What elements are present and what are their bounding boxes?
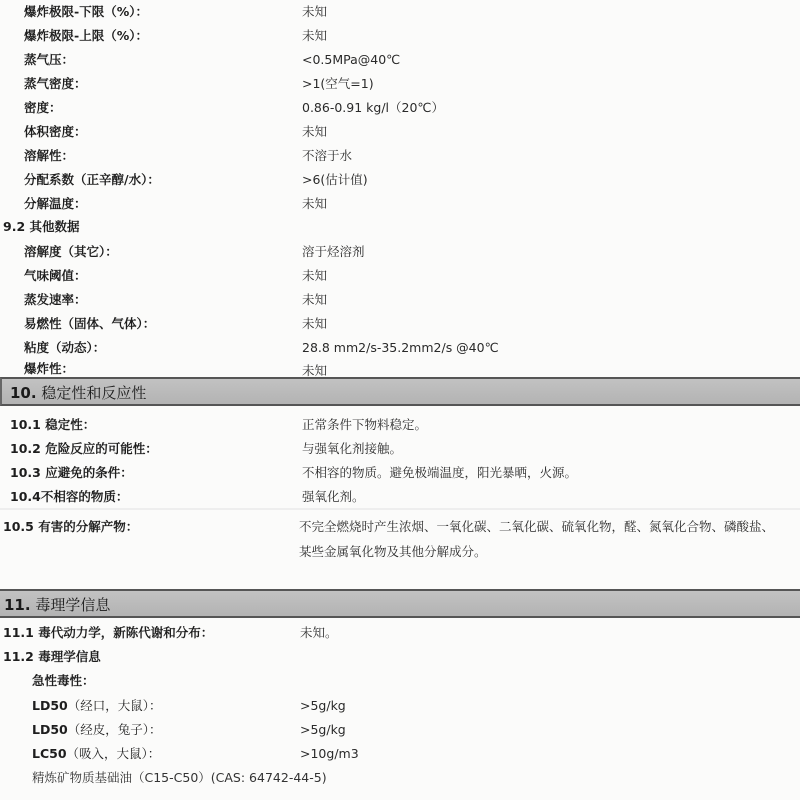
property-value: 28.8 mm2/s-35.2mm2/s @40℃ xyxy=(302,336,499,359)
item-number-label: 10.1 稳定性： xyxy=(10,413,95,436)
toxicity-label: LC50（吸入，大鼠）： xyxy=(32,742,160,765)
property-row: 密度： 0.86-0.91 kg/l（20℃） xyxy=(0,96,800,119)
toxicity-row: LD50（经口，大鼠）： >5g/kg xyxy=(0,694,800,717)
property-value: 未知 xyxy=(302,192,327,215)
section-item: 10.1 稳定性： 正常条件下物料稳定。 xyxy=(0,413,800,436)
section-item: 10.3 应避免的条件： 不相容的物质。避免极端温度，阳光暴晒，火源。 xyxy=(0,461,800,484)
property-value: 溶于烃溶剂 xyxy=(302,240,365,263)
property-label: 体积密度： xyxy=(24,120,87,143)
item-number-label: 10.3 应避免的条件： xyxy=(10,461,133,484)
property-value: 未知 xyxy=(302,288,327,311)
page-seam xyxy=(0,508,800,510)
section-title: 10. 稳定性和反应性 xyxy=(10,382,146,404)
item-value-line1: 不完全燃烧时产生浓烟、一氧化碳、二氧化碳、硫氧化物，醛、氮氧化合物、磷酸盐、 xyxy=(299,515,774,538)
item-number-label: 11.1 毒代动力学，新陈代谢和分布： xyxy=(3,621,213,644)
property-row: 蒸气密度： >1(空气=1) xyxy=(0,72,800,95)
property-value: 未知 xyxy=(302,24,327,47)
property-label: 爆炸极限-上限（%）： xyxy=(24,24,148,47)
property-value: 未知 xyxy=(302,120,327,143)
section-title: 11. 毒理学信息 xyxy=(4,594,110,616)
property-value: 0.86-0.91 kg/l（20℃） xyxy=(302,96,444,119)
item-number-label: 10.2 危险反应的可能性： xyxy=(10,437,158,460)
property-row: 气味阈值： 未知 xyxy=(0,264,800,287)
property-value: 不溶于水 xyxy=(302,144,352,167)
section-item: 11.1 毒代动力学，新陈代谢和分布： 未知。 xyxy=(0,621,800,644)
item-value: 未知。 xyxy=(300,621,338,644)
property-value: 未知 xyxy=(302,312,327,335)
section-item: 10.5 有害的分解产物： 不完全燃烧时产生浓烟、一氧化碳、二氧化碳、硫氧化物，… xyxy=(0,515,800,538)
subsection-heading: 9.2 其他数据 xyxy=(0,215,800,238)
item-value: 不相容的物质。避免极端温度，阳光暴晒，火源。 xyxy=(302,461,577,484)
property-label: 溶解性： xyxy=(24,144,74,167)
property-value: 未知 xyxy=(302,264,327,287)
section-item-continuation: 某些金属氧化物及其他分解成分。 xyxy=(0,540,800,563)
section-header-11: 11. 毒理学信息 xyxy=(0,589,800,618)
toxicity-row: LD50（经皮，兔子）： >5g/kg xyxy=(0,718,800,741)
property-value: 未知 xyxy=(302,0,327,23)
property-row: 分解温度： 未知 xyxy=(0,192,800,215)
property-value: >6(估计值) xyxy=(302,168,368,191)
property-label: 分配系数（正辛醇/水）： xyxy=(24,168,160,191)
property-row: 蒸发速率： 未知 xyxy=(0,288,800,311)
property-row: 粘度（动态）： 28.8 mm2/s-35.2mm2/s @40℃ xyxy=(0,336,800,359)
property-row: 体积密度： 未知 xyxy=(0,120,800,143)
property-label: 分解温度： xyxy=(24,192,87,215)
property-row: 溶解性： 不溶于水 xyxy=(0,144,800,167)
property-label: 蒸气压： xyxy=(24,48,74,71)
property-value: <0.5MPa@40℃ xyxy=(302,48,400,71)
item-value-line2: 某些金属氧化物及其他分解成分。 xyxy=(299,540,487,563)
toxicity-label: LD50（经口，大鼠）： xyxy=(32,694,162,717)
acute-toxicity-label: 急性毒性： xyxy=(32,669,95,692)
item-number-label: 11.2 毒理学信息 xyxy=(3,645,101,668)
property-row: 蒸气压： <0.5MPa@40℃ xyxy=(0,48,800,71)
property-label: 气味阈值： xyxy=(24,264,87,287)
property-label: 爆炸极限-下限（%）： xyxy=(24,0,148,23)
toxicity-value: >5g/kg xyxy=(300,718,346,741)
substance-row: 精炼矿物质基础油（C15-C50）(CAS: 64742-44-5) xyxy=(0,766,800,789)
section-item: 10.2 危险反应的可能性： 与强氧化剂接触。 xyxy=(0,437,800,460)
property-label: 溶解度（其它）： xyxy=(24,240,118,263)
toxicity-label: LD50（经皮，兔子）： xyxy=(32,718,162,741)
toxicity-row: LC50（吸入，大鼠）： >10g/m3 xyxy=(0,742,800,765)
property-row: 爆炸极限-下限（%）： 未知 xyxy=(0,0,800,23)
item-value: 正常条件下物料稳定。 xyxy=(302,413,427,436)
item-value: 与强氧化剂接触。 xyxy=(302,437,402,460)
property-row: 溶解度（其它）： 溶于烃溶剂 xyxy=(0,240,800,263)
item-number-label: 10.5 有害的分解产物： xyxy=(3,515,138,538)
property-value: >1(空气=1) xyxy=(302,72,374,95)
property-label: 密度： xyxy=(24,96,62,119)
property-label: 易燃性（固体、气体）： xyxy=(24,312,155,335)
section-header-10: 10. 稳定性和反应性 xyxy=(0,377,800,406)
property-row: 易燃性（固体、气体）： 未知 xyxy=(0,312,800,335)
item-number-label: 10.4不相容的物质： xyxy=(10,485,128,508)
property-label: 粘度（动态）： xyxy=(24,336,105,359)
property-row: 爆炸极限-上限（%）： 未知 xyxy=(0,24,800,47)
item-value: 强氧化剂。 xyxy=(302,485,365,508)
substance-name: 精炼矿物质基础油（C15-C50）(CAS: 64742-44-5) xyxy=(32,766,327,789)
toxicity-value: >5g/kg xyxy=(300,694,346,717)
section-item: 11.2 毒理学信息 xyxy=(0,645,800,668)
section-item: 10.4不相容的物质： 强氧化剂。 xyxy=(0,485,800,508)
property-row: 分配系数（正辛醇/水）： >6(估计值) xyxy=(0,168,800,191)
acute-toxicity-heading: 急性毒性： xyxy=(0,669,800,692)
property-label: 蒸气密度： xyxy=(24,72,87,95)
property-label: 蒸发速率： xyxy=(24,288,87,311)
subsection-title: 9.2 其他数据 xyxy=(3,215,80,238)
toxicity-value: >10g/m3 xyxy=(300,742,359,765)
